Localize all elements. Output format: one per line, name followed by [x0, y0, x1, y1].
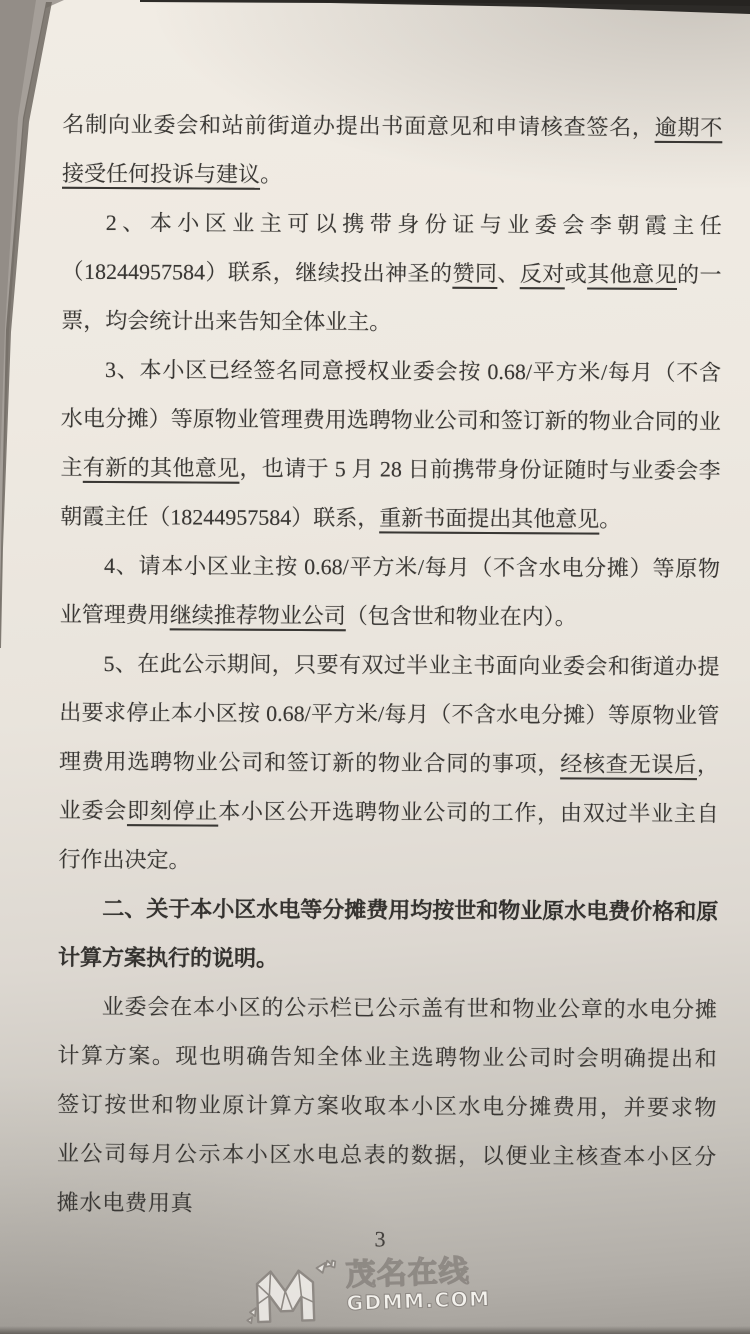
watermark-site-domain: GDMM.COM: [346, 1288, 491, 1314]
text-run: （包含世和物业在内）。: [346, 603, 577, 629]
document-body: 名制向业委会和站前街道办提出书面意见和申请核查签名，逾期不接受任何投诉与建议。2…: [57, 100, 723, 1230]
underlined-text: 继续推荐物业公司: [170, 602, 346, 628]
paragraph: 2、本小区业主可以携带身份证与业委会李朝霞主任（18244957584）联系，继…: [61, 198, 722, 348]
paragraph: 名制向业委会和站前街道办提出书面意见和申请核查签名，逾期不接受任何投诉与建议。: [62, 100, 723, 201]
paragraph: 5、在此公示期间，只要有双过半业主书面向业委会和街道办提出要求停止本小区按 0.…: [58, 639, 719, 887]
underlined-text: 经核查无误后: [560, 751, 697, 777]
watermark-text: 茂名在线 GDMM.COM: [345, 1254, 491, 1314]
paragraph: 二、关于本小区水电等分摊费用均按世和物业原水电费价格和原计算方案执行的说明。: [58, 884, 719, 985]
underlined-text: 有新的其他意见: [83, 455, 240, 481]
underlined-text: 其他意见: [587, 262, 677, 287]
underlined-text: 反对: [520, 261, 565, 286]
maoming-online-logo-icon: [244, 1259, 342, 1326]
paragraph: 业委会在本小区的公示栏已公示盖有世和物业公章的水电分摊计算方案。现也明确告知全体…: [57, 982, 718, 1230]
underlined-text: 重新书面提出其他意见: [379, 505, 599, 531]
text-run: 。: [260, 162, 282, 187]
page-number: 3: [374, 1226, 385, 1252]
text-run: 名制向业委会和站前街道办提出书面意见和申请核查签名，: [62, 112, 655, 140]
document-photo: 名制向业委会和站前街道办提出书面意见和申请核查签名，逾期不接受任何投诉与建议。2…: [0, 0, 750, 1334]
text-run: 、: [497, 261, 520, 286]
underlined-text: 赞同: [452, 261, 497, 286]
text-run: 。: [599, 507, 621, 532]
underlined-text: 即刻停止: [127, 798, 218, 823]
text-run: 或: [565, 261, 588, 286]
paragraph: 3、本小区已经签名同意授权业委会按 0.68/平方米/每月（不含水电分摊）等原物…: [60, 345, 721, 544]
watermark: 茂名在线 GDMM.COM: [244, 1254, 491, 1326]
paragraph: 4、请本小区业主按 0.68/平方米/每月（不含水电分摊）等原物业管理费用继续推…: [60, 541, 721, 642]
page-bottom-edge-shadow: [0, 1326, 750, 1334]
page-content: 名制向业委会和站前街道办提出书面意见和申请核查签名，逾期不接受任何投诉与建议。2…: [0, 0, 750, 1334]
text-run: 业委会在本小区的公示栏已公示盖有世和物业公章的水电分摊计算方案。现也明确告知全体…: [57, 994, 718, 1215]
text-run: 二、关于本小区水电等分摊费用均按世和物业原水电费价格和原计算方案执行的说明。: [58, 896, 718, 971]
